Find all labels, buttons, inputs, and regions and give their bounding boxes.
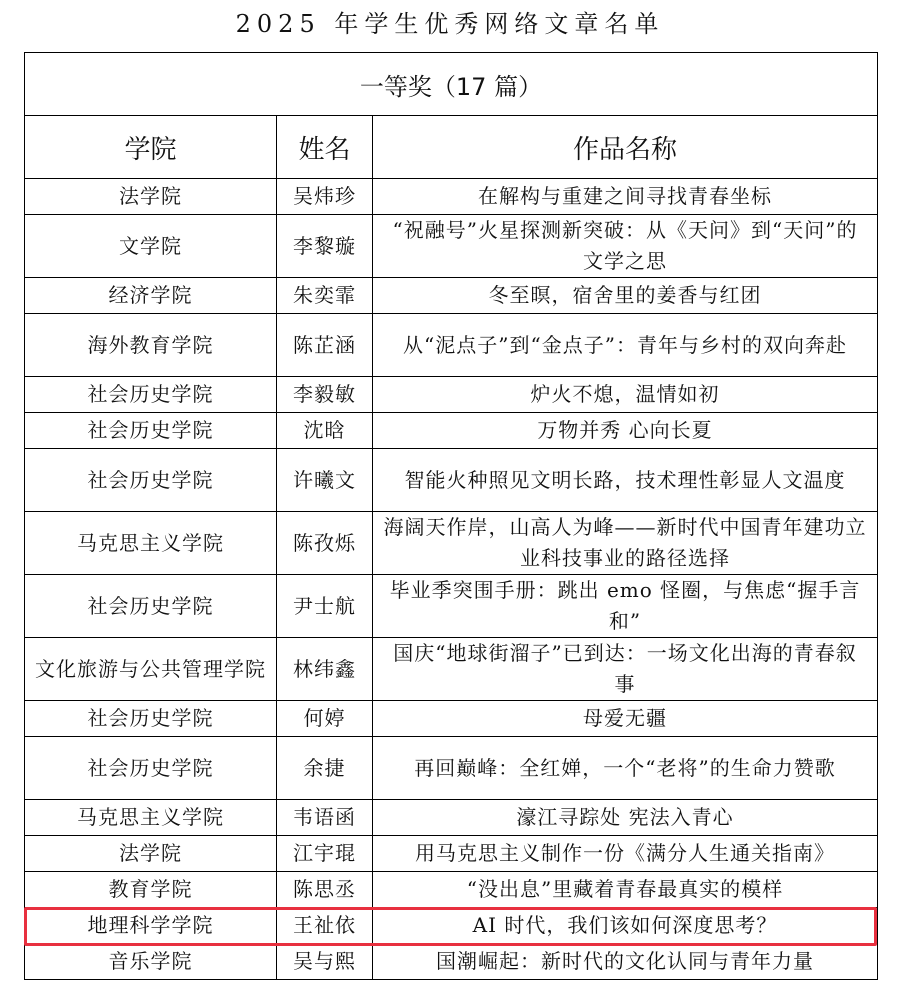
college-cell: 马克思主义学院 — [25, 512, 277, 575]
college-cell: 经济学院 — [25, 278, 277, 314]
column-header-title: 作品名称 — [373, 116, 878, 179]
table-row: 社会历史学院 何婷 母爱无疆 — [25, 701, 878, 737]
name-cell: 李毅敏 — [277, 377, 373, 413]
title-cell: 从“泥点子”到“金点子”：青年与乡村的双向奔赴 — [373, 314, 878, 377]
award-table: 一等奖（17 篇） 学院 姓名 作品名称 法学院 吴炜珍 在解构与重建之间寻找青… — [24, 52, 878, 980]
name-cell: 陈芷涵 — [277, 314, 373, 377]
table-row-highlighted: 地理科学学院 王祉依 AI 时代，我们该如何深度思考？ — [25, 908, 878, 944]
title-cell: 国庆“地球街溜子”已到达：一场文化出海的青春叙事 — [373, 638, 878, 701]
college-cell: 文化旅游与公共管理学院 — [25, 638, 277, 701]
college-cell: 文学院 — [25, 215, 277, 278]
award-heading-row: 一等奖（17 篇） — [25, 53, 878, 116]
table-row: 社会历史学院 余捷 再回巅峰：全红婵，一个“老将”的生命力赞歌 — [25, 737, 878, 800]
name-cell: 朱奕霏 — [277, 278, 373, 314]
title-cell: 国潮崛起：新时代的文化认同与青年力量 — [373, 944, 878, 980]
college-cell: 社会历史学院 — [25, 449, 277, 512]
column-header-name: 姓名 — [277, 116, 373, 179]
table-row: 海外教育学院 陈芷涵 从“泥点子”到“金点子”：青年与乡村的双向奔赴 — [25, 314, 878, 377]
title-cell: 用马克思主义制作一份《满分人生通关指南》 — [373, 836, 878, 872]
table-row: 社会历史学院 李毅敏 炉火不熄，温情如初 — [25, 377, 878, 413]
table-row: 法学院 吴炜珍 在解构与重建之间寻找青春坐标 — [25, 179, 878, 215]
name-cell: 沈晗 — [277, 413, 373, 449]
table-row: 音乐学院 吴与熙 国潮崛起：新时代的文化认同与青年力量 — [25, 944, 878, 980]
name-cell: 王祉依 — [277, 908, 373, 944]
document-title: 2025 年学生优秀网络文章名单 — [0, 4, 900, 44]
name-cell: 尹士航 — [277, 575, 373, 638]
name-cell: 韦语函 — [277, 800, 373, 836]
name-cell: 林纬鑫 — [277, 638, 373, 701]
college-cell: 社会历史学院 — [25, 701, 277, 737]
title-cell: “没出息”里藏着青春最真实的模样 — [373, 872, 878, 908]
college-cell: 社会历史学院 — [25, 413, 277, 449]
table-row: 法学院 江宇琨 用马克思主义制作一份《满分人生通关指南》 — [25, 836, 878, 872]
award-heading: 一等奖（17 篇） — [25, 53, 878, 116]
title-cell: 毕业季突围手册：跳出 emo 怪圈，与焦虑“握手言和” — [373, 575, 878, 638]
name-cell: 余捷 — [277, 737, 373, 800]
title-cell: 濠江寻踪处 宪法入青心 — [373, 800, 878, 836]
table-row: 经济学院 朱奕霏 冬至暝，宿舍里的姜香与红团 — [25, 278, 878, 314]
name-cell: 吴炜珍 — [277, 179, 373, 215]
title-cell: 再回巅峰：全红婵，一个“老将”的生命力赞歌 — [373, 737, 878, 800]
column-header-college: 学院 — [25, 116, 277, 179]
title-cell: 海阔天作岸，山高人为峰——新时代中国青年建功立业科技事业的路径选择 — [373, 512, 878, 575]
college-cell: 社会历史学院 — [25, 377, 277, 413]
name-cell: 许曦文 — [277, 449, 373, 512]
table-row: 文学院 李黎璇 “祝融号”火星探测新突破：从《天问》到“天问”的文学之思 — [25, 215, 878, 278]
name-cell: 吴与熙 — [277, 944, 373, 980]
college-cell: 地理科学学院 — [25, 908, 277, 944]
college-cell: 法学院 — [25, 836, 277, 872]
table-row: 文化旅游与公共管理学院 林纬鑫 国庆“地球街溜子”已到达：一场文化出海的青春叙事 — [25, 638, 878, 701]
title-cell: 在解构与重建之间寻找青春坐标 — [373, 179, 878, 215]
college-cell: 社会历史学院 — [25, 737, 277, 800]
name-cell: 何婷 — [277, 701, 373, 737]
title-cell: 母爱无疆 — [373, 701, 878, 737]
table-row: 马克思主义学院 陈孜烁 海阔天作岸，山高人为峰——新时代中国青年建功立业科技事业… — [25, 512, 878, 575]
college-cell: 教育学院 — [25, 872, 277, 908]
table-row: 教育学院 陈思丞 “没出息”里藏着青春最真实的模样 — [25, 872, 878, 908]
college-cell: 马克思主义学院 — [25, 800, 277, 836]
name-cell: 李黎璇 — [277, 215, 373, 278]
column-header-row: 学院 姓名 作品名称 — [25, 116, 878, 179]
name-cell: 陈思丞 — [277, 872, 373, 908]
title-cell: “祝融号”火星探测新突破：从《天问》到“天问”的文学之思 — [373, 215, 878, 278]
table-row: 社会历史学院 许曦文 智能火种照见文明长路，技术理性彰显人文温度 — [25, 449, 878, 512]
name-cell: 江宇琨 — [277, 836, 373, 872]
table-row: 马克思主义学院 韦语函 濠江寻踪处 宪法入青心 — [25, 800, 878, 836]
college-cell: 海外教育学院 — [25, 314, 277, 377]
title-cell: 炉火不熄，温情如初 — [373, 377, 878, 413]
table-row: 社会历史学院 沈晗 万物并秀 心向长夏 — [25, 413, 878, 449]
title-cell: AI 时代，我们该如何深度思考？ — [373, 908, 878, 944]
title-cell: 智能火种照见文明长路，技术理性彰显人文温度 — [373, 449, 878, 512]
college-cell: 法学院 — [25, 179, 277, 215]
table-row: 社会历史学院 尹士航 毕业季突围手册：跳出 emo 怪圈，与焦虑“握手言和” — [25, 575, 878, 638]
college-cell: 音乐学院 — [25, 944, 277, 980]
title-cell: 万物并秀 心向长夏 — [373, 413, 878, 449]
title-cell: 冬至暝，宿舍里的姜香与红团 — [373, 278, 878, 314]
college-cell: 社会历史学院 — [25, 575, 277, 638]
name-cell: 陈孜烁 — [277, 512, 373, 575]
